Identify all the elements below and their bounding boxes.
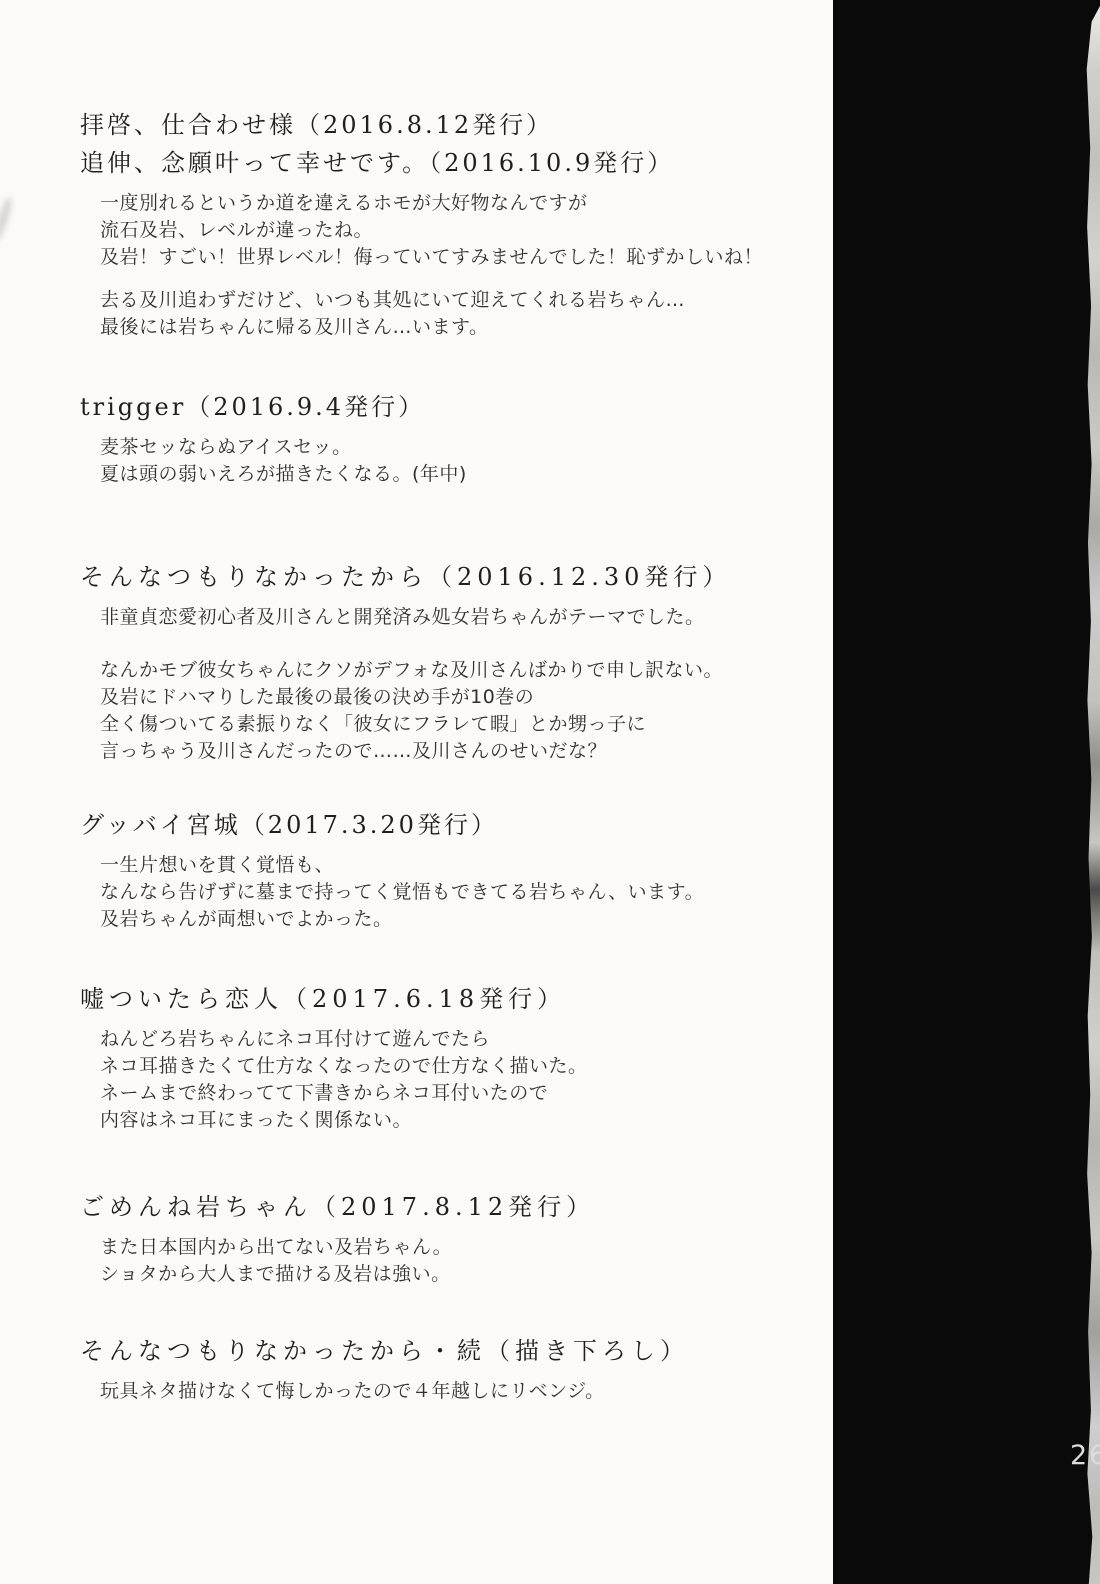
comment-line: 去る及川追わずだけど、いつも其処にいて迎えてくれる岩ちゃん…: [100, 287, 800, 314]
comment-line: 一生片想いを貫く覚悟も、: [100, 852, 800, 879]
book-title: そんなつもりなかったから・続（描き下ろし）: [80, 1334, 800, 1368]
comment-line: なんかモブ彼女ちゃんにクソがデフォな及川さんばかりで申し訳ない。: [100, 657, 800, 684]
book-title: グッバイ宮城（2017.3.20発行）: [80, 808, 800, 842]
comment-line: ネームまで終わってて下書きからネコ耳付いたので: [100, 1080, 800, 1107]
comment-line: 一度別れるというか道を違えるホモが大好物なんですが: [100, 190, 800, 217]
comment-line: ねんどろ岩ちゃんにネコ耳付けて遊んでたら: [100, 1026, 800, 1053]
afterword-section-sonnatsumori-zoku: そんなつもりなかったから・続（描き下ろし） 玩具ネタ描けなくて悔しかったので４年…: [80, 1334, 800, 1405]
book-title: ごめんね岩ちゃん（2017.8.12発行）: [80, 1190, 800, 1224]
book-title: 追伸、念願叶って幸せです。（2016.10.9発行）: [80, 146, 800, 180]
comment-line: 言っちゃう及川さんだったので……及川さんのせいだな？: [100, 738, 800, 765]
page-number: 26: [1070, 1441, 1100, 1471]
comment-line: 及岩ちゃんが両想いでよかった。: [100, 906, 800, 933]
afterword-section-trigger: trigger（2016.9.4発行） 麦茶セッならぬアイスセッ。 夏は頭の弱い…: [80, 390, 800, 488]
book-title: 拝啓、仕合わせ様（2016.8.12発行）: [80, 108, 800, 142]
comment-line: 及岩！すごい！世界レベル！侮っていてすみませんでした！恥ずかしいね！: [100, 244, 800, 271]
afterword-section-haikei: 拝啓、仕合わせ様（2016.8.12発行） 追伸、念願叶って幸せです。（2016…: [80, 108, 800, 341]
comment-line: 流石及岩、レベルが違ったね。: [100, 217, 800, 244]
comment-line: また日本国内から出てない及岩ちゃん。: [100, 1234, 800, 1261]
comment-line: 全く傷ついてる素振りなく「彼女にフラレて暇」とか甥っ子に: [100, 711, 800, 738]
book-title: trigger（2016.9.4発行）: [80, 390, 800, 424]
comment-line: 内容はネコ耳にまったく関係ない。: [100, 1107, 800, 1134]
comment-line: なんなら告げずに墓まで持ってく覚悟もできてる岩ちゃん、います。: [100, 879, 800, 906]
book-title: そんなつもりなかったから（2016.12.30発行）: [80, 560, 800, 594]
comment-line: ネコ耳描きたくて仕方なくなったので仕方なく描いた。: [100, 1053, 800, 1080]
scan-black-band: [833, 0, 1100, 1584]
comment-line: 非童貞恋愛初心者及川さんと開発済み処女岩ちゃんがテーマでした。: [100, 604, 800, 631]
comment-line: 麦茶セッならぬアイスセッ。: [100, 434, 800, 461]
afterword-section-goodbye-miyagi: グッバイ宮城（2017.3.20発行） 一生片想いを貫く覚悟も、 なんなら告げず…: [80, 808, 800, 933]
afterword-section-gomenne: ごめんね岩ちゃん（2017.8.12発行） また日本国内から出てない及岩ちゃん。…: [80, 1190, 800, 1288]
page-edge-streak: [1086, 6, 1100, 1584]
comment-line: 最後には岩ちゃんに帰る及川さん…います。: [100, 314, 800, 341]
comment-line: ショタから大人まで描ける及岩は強い。: [100, 1261, 800, 1288]
comment-line: 及岩にドハマりした最後の最後の決め手が10巻の: [100, 684, 800, 711]
afterword-section-usotsuitara: 嘘ついたら恋人（2017.6.18発行） ねんどろ岩ちゃんにネコ耳付けて遊んでた…: [80, 982, 800, 1134]
book-title: 嘘ついたら恋人（2017.6.18発行）: [80, 982, 800, 1016]
comment-line: 玩具ネタ描けなくて悔しかったので４年越しにリベンジ。: [100, 1378, 800, 1405]
afterword-section-sonnatsumori: そんなつもりなかったから（2016.12.30発行） 非童貞恋愛初心者及川さんと…: [80, 560, 800, 765]
comment-line: 夏は頭の弱いえろが描きたくなる。(年中): [100, 461, 800, 488]
